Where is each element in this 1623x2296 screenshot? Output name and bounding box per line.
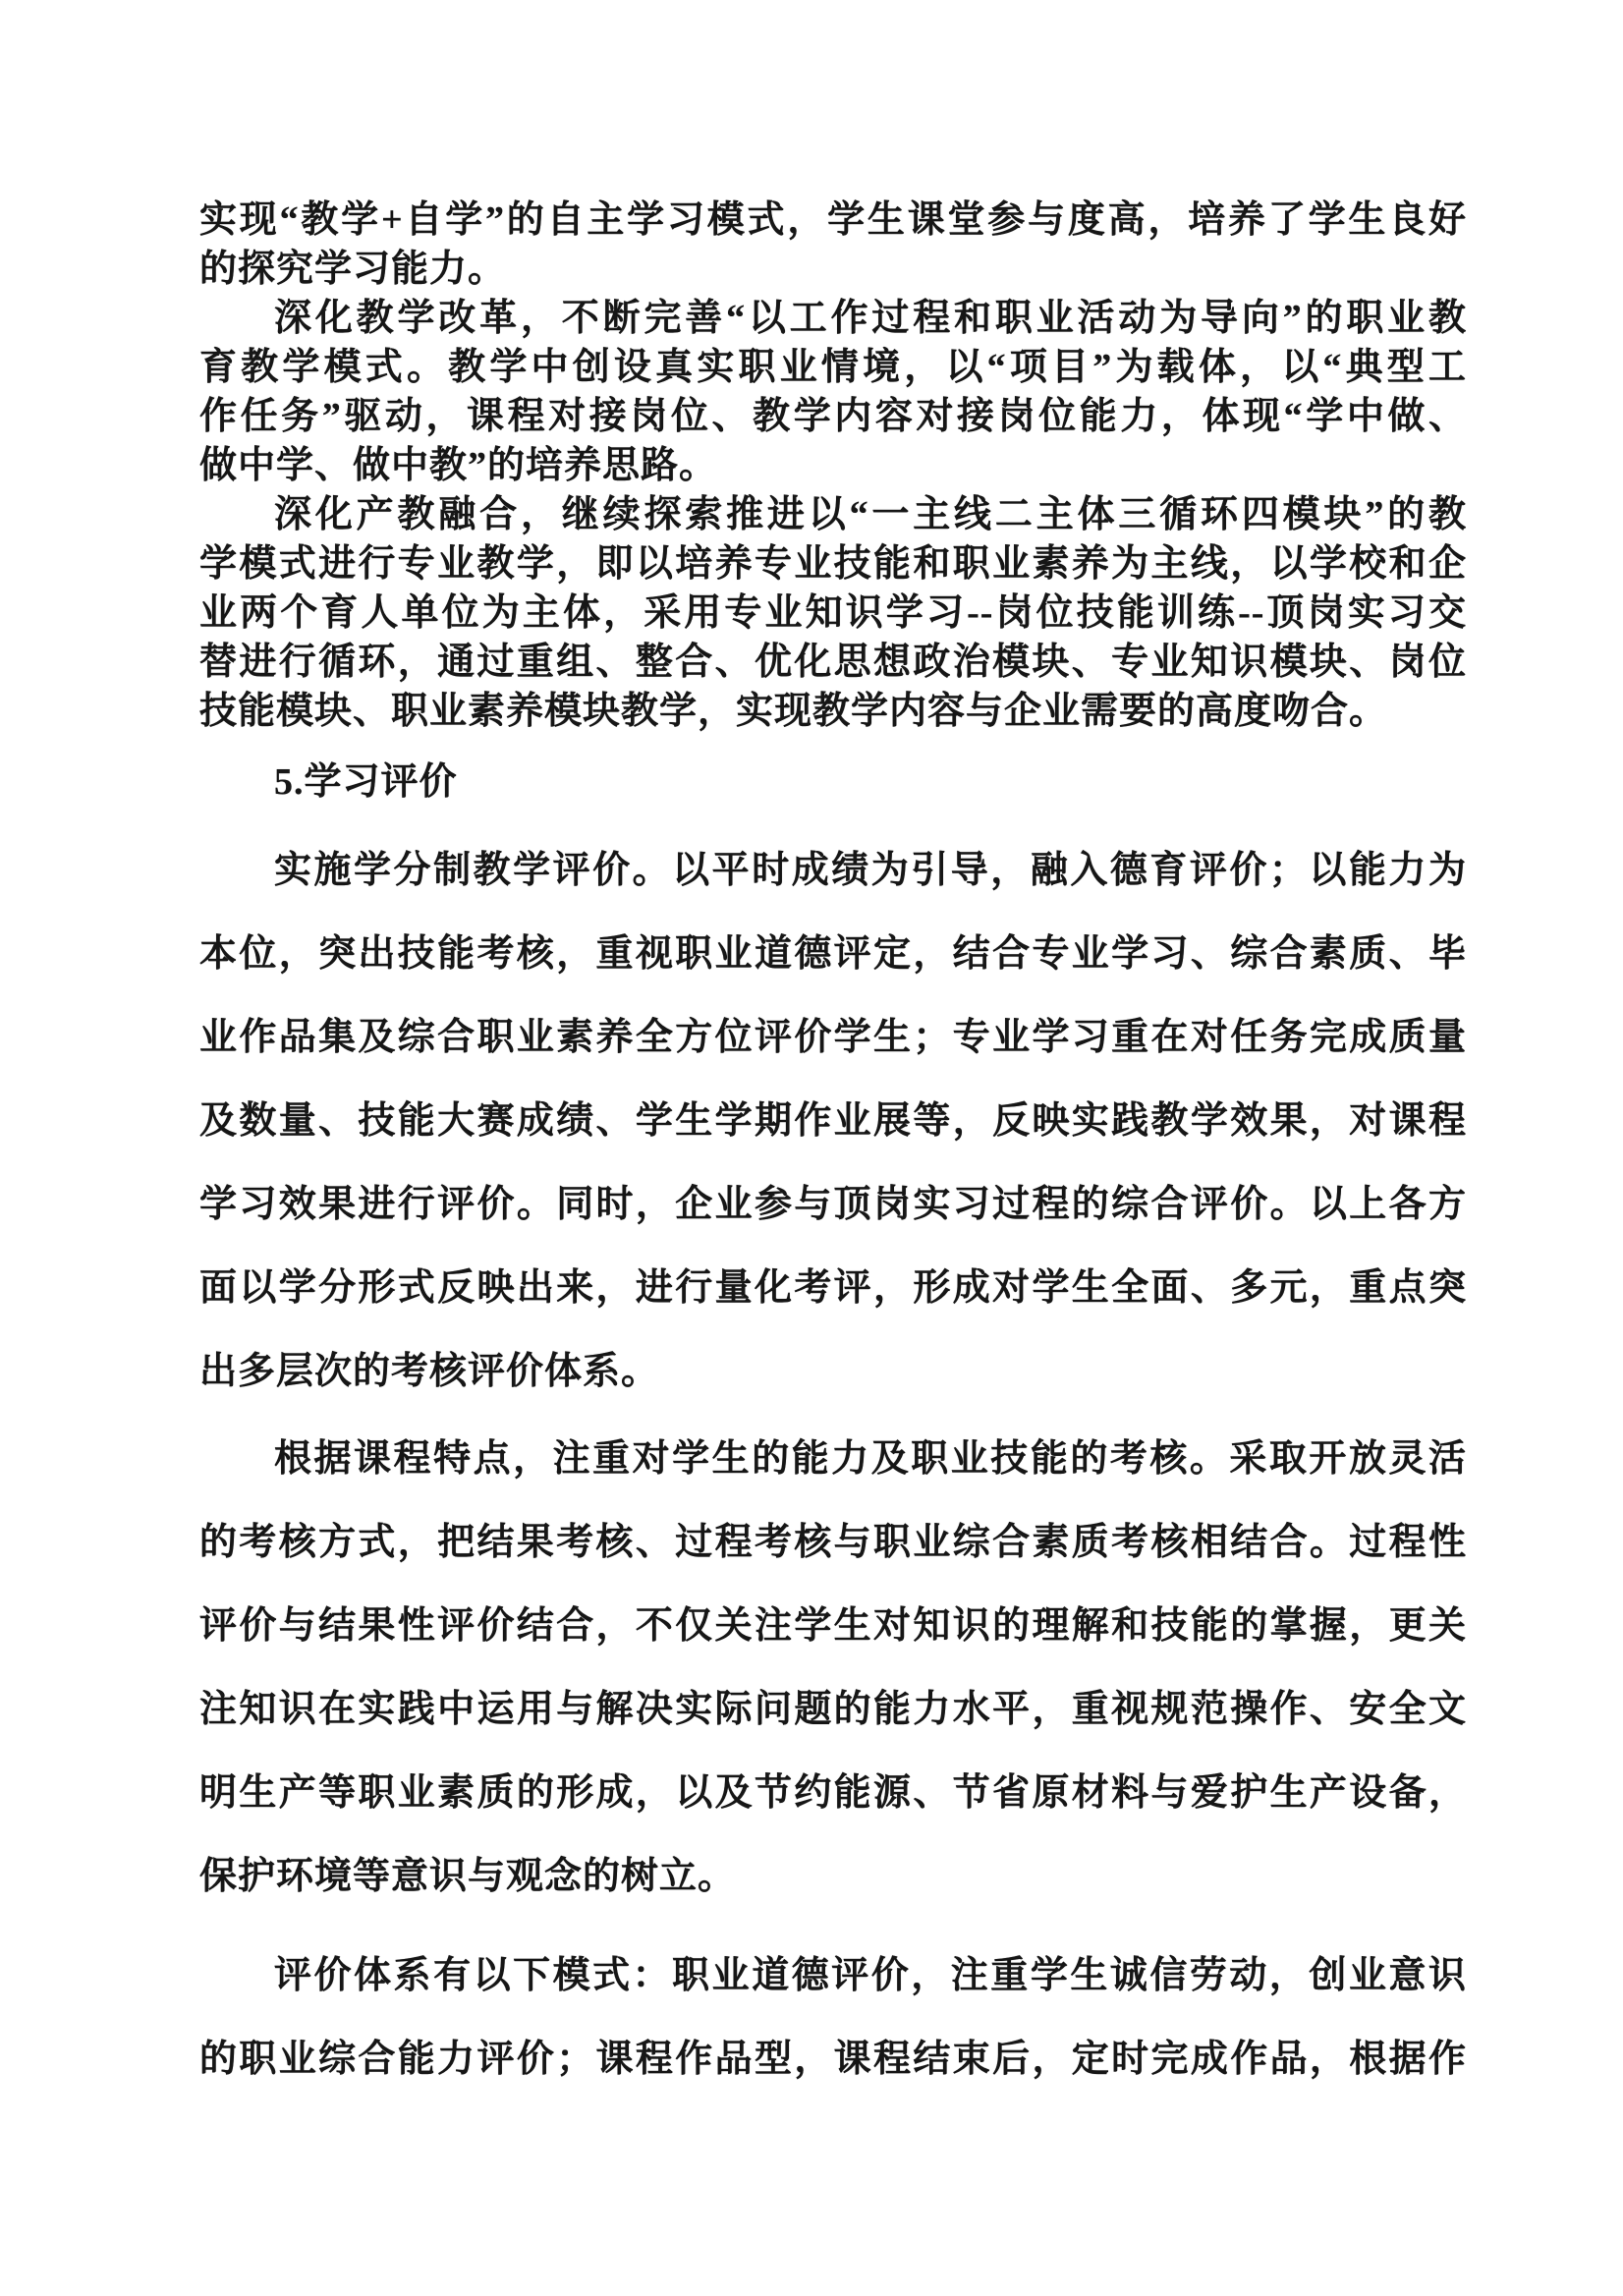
paragraph: 深化教学改革，不断完善“以工作过程和职业活动为导向”的职业教 育教学模式。教学中… <box>199 294 1467 490</box>
paragraph: 实施学分制教学评价。以平时成绩为引导，融入德育评价；以能力为 本位，突出技能考核… <box>199 829 1467 1414</box>
text-line: 出多层次的考核评价体系。 <box>199 1330 1467 1414</box>
text-line: 作任务”驱动，课程对接岗位、教学内容对接岗位能力，体现“学中做、 <box>199 392 1467 441</box>
paragraph: 深化产教融合，继续探索推进以“一主线二主体三循环四模块”的教 学模式进行专业教学… <box>199 490 1467 736</box>
text-line: 的探究学习能力。 <box>199 245 1467 294</box>
paragraph: 根据课程特点，注重对学生的能力及职业技能的考核。采取开放灵活 的考核方式，把结果… <box>199 1418 1467 1919</box>
text-section-upper: 实现“教学+自学”的自主学习模式，学生课堂参与度高，培养了学生良好 的探究学习能… <box>199 196 1467 736</box>
paragraph: 评价体系有以下模式：职业道德评价，注重学生诚信劳动，创业意识 的职业综合能力评价… <box>199 1934 1467 2101</box>
text-line: 实现“教学+自学”的自主学习模式，学生课堂参与度高，培养了学生良好 <box>199 196 1467 245</box>
text-line: 注知识在实践中运用与解决实际问题的能力水平，重视规范操作、安全文 <box>199 1668 1467 1752</box>
text-line: 保护环境等意识与观念的树立。 <box>199 1835 1467 1919</box>
text-line: 的职业综合能力评价；课程作品型，课程结束后，定时完成作品，根据作 <box>199 2018 1467 2101</box>
text-line: 本位，突出技能考核，重视职业道德评定，结合专业学习、综合素质、毕 <box>199 913 1467 996</box>
text-line: 明生产等职业素质的形成，以及节约能源、节省原材料与爱护生产设备， <box>199 1752 1467 1835</box>
text-line: 替进行循环，通过重组、整合、优化思想政治模块、专业知识模块、岗位 <box>199 638 1467 687</box>
text-line: 技能模块、职业素养模块教学，实现教学内容与企业需要的高度吻合。 <box>199 687 1467 736</box>
text-line: 育教学模式。教学中创设真实职业情境，以“项目”为载体，以“典型工 <box>199 343 1467 392</box>
text-line: 深化教学改革，不断完善“以工作过程和职业活动为导向”的职业教 <box>199 294 1467 343</box>
section-heading: 5.学习评价 <box>199 757 1467 807</box>
document-page: 实现“教学+自学”的自主学习模式，学生课堂参与度高，培养了学生良好 的探究学习能… <box>0 0 1623 2296</box>
text-section-lower: 实施学分制教学评价。以平时成绩为引导，融入德育评价；以能力为 本位，突出技能考核… <box>199 829 1467 2101</box>
text-line: 做中学、做中教”的培养思路。 <box>199 441 1467 490</box>
text-line: 学习效果进行评价。同时，企业参与顶岗实习过程的综合评价。以上各方 <box>199 1163 1467 1247</box>
text-line: 业两个育人单位为主体，采用专业知识学习--岗位技能训练--顶岗实习交 <box>199 588 1467 638</box>
text-line: 学模式进行专业教学，即以培养专业技能和职业素养为主线，以学校和企 <box>199 539 1467 588</box>
text-line: 根据课程特点，注重对学生的能力及职业技能的考核。采取开放灵活 <box>199 1418 1467 1501</box>
text-line: 评价与结果性评价结合，不仅关注学生对知识的理解和技能的掌握，更关 <box>199 1585 1467 1668</box>
text-line: 面以学分形式反映出来，进行量化考评，形成对学生全面、多元，重点突 <box>199 1247 1467 1330</box>
text-line: 及数量、技能大赛成绩、学生学期作业展等，反映实践教学效果，对课程 <box>199 1080 1467 1163</box>
text-line: 业作品集及综合职业素养全方位评价学生；专业学习重在对任务完成质量 <box>199 996 1467 1080</box>
section-heading-block: 5.学习评价 <box>199 757 1467 807</box>
text-line: 的考核方式，把结果考核、过程考核与职业综合素质考核相结合。过程性 <box>199 1501 1467 1585</box>
text-line: 深化产教融合，继续探索推进以“一主线二主体三循环四模块”的教 <box>199 490 1467 539</box>
text-line: 评价体系有以下模式：职业道德评价，注重学生诚信劳动，创业意识 <box>199 1934 1467 2018</box>
paragraph: 实现“教学+自学”的自主学习模式，学生课堂参与度高，培养了学生良好 的探究学习能… <box>199 196 1467 294</box>
text-line: 实施学分制教学评价。以平时成绩为引导，融入德育评价；以能力为 <box>199 829 1467 913</box>
